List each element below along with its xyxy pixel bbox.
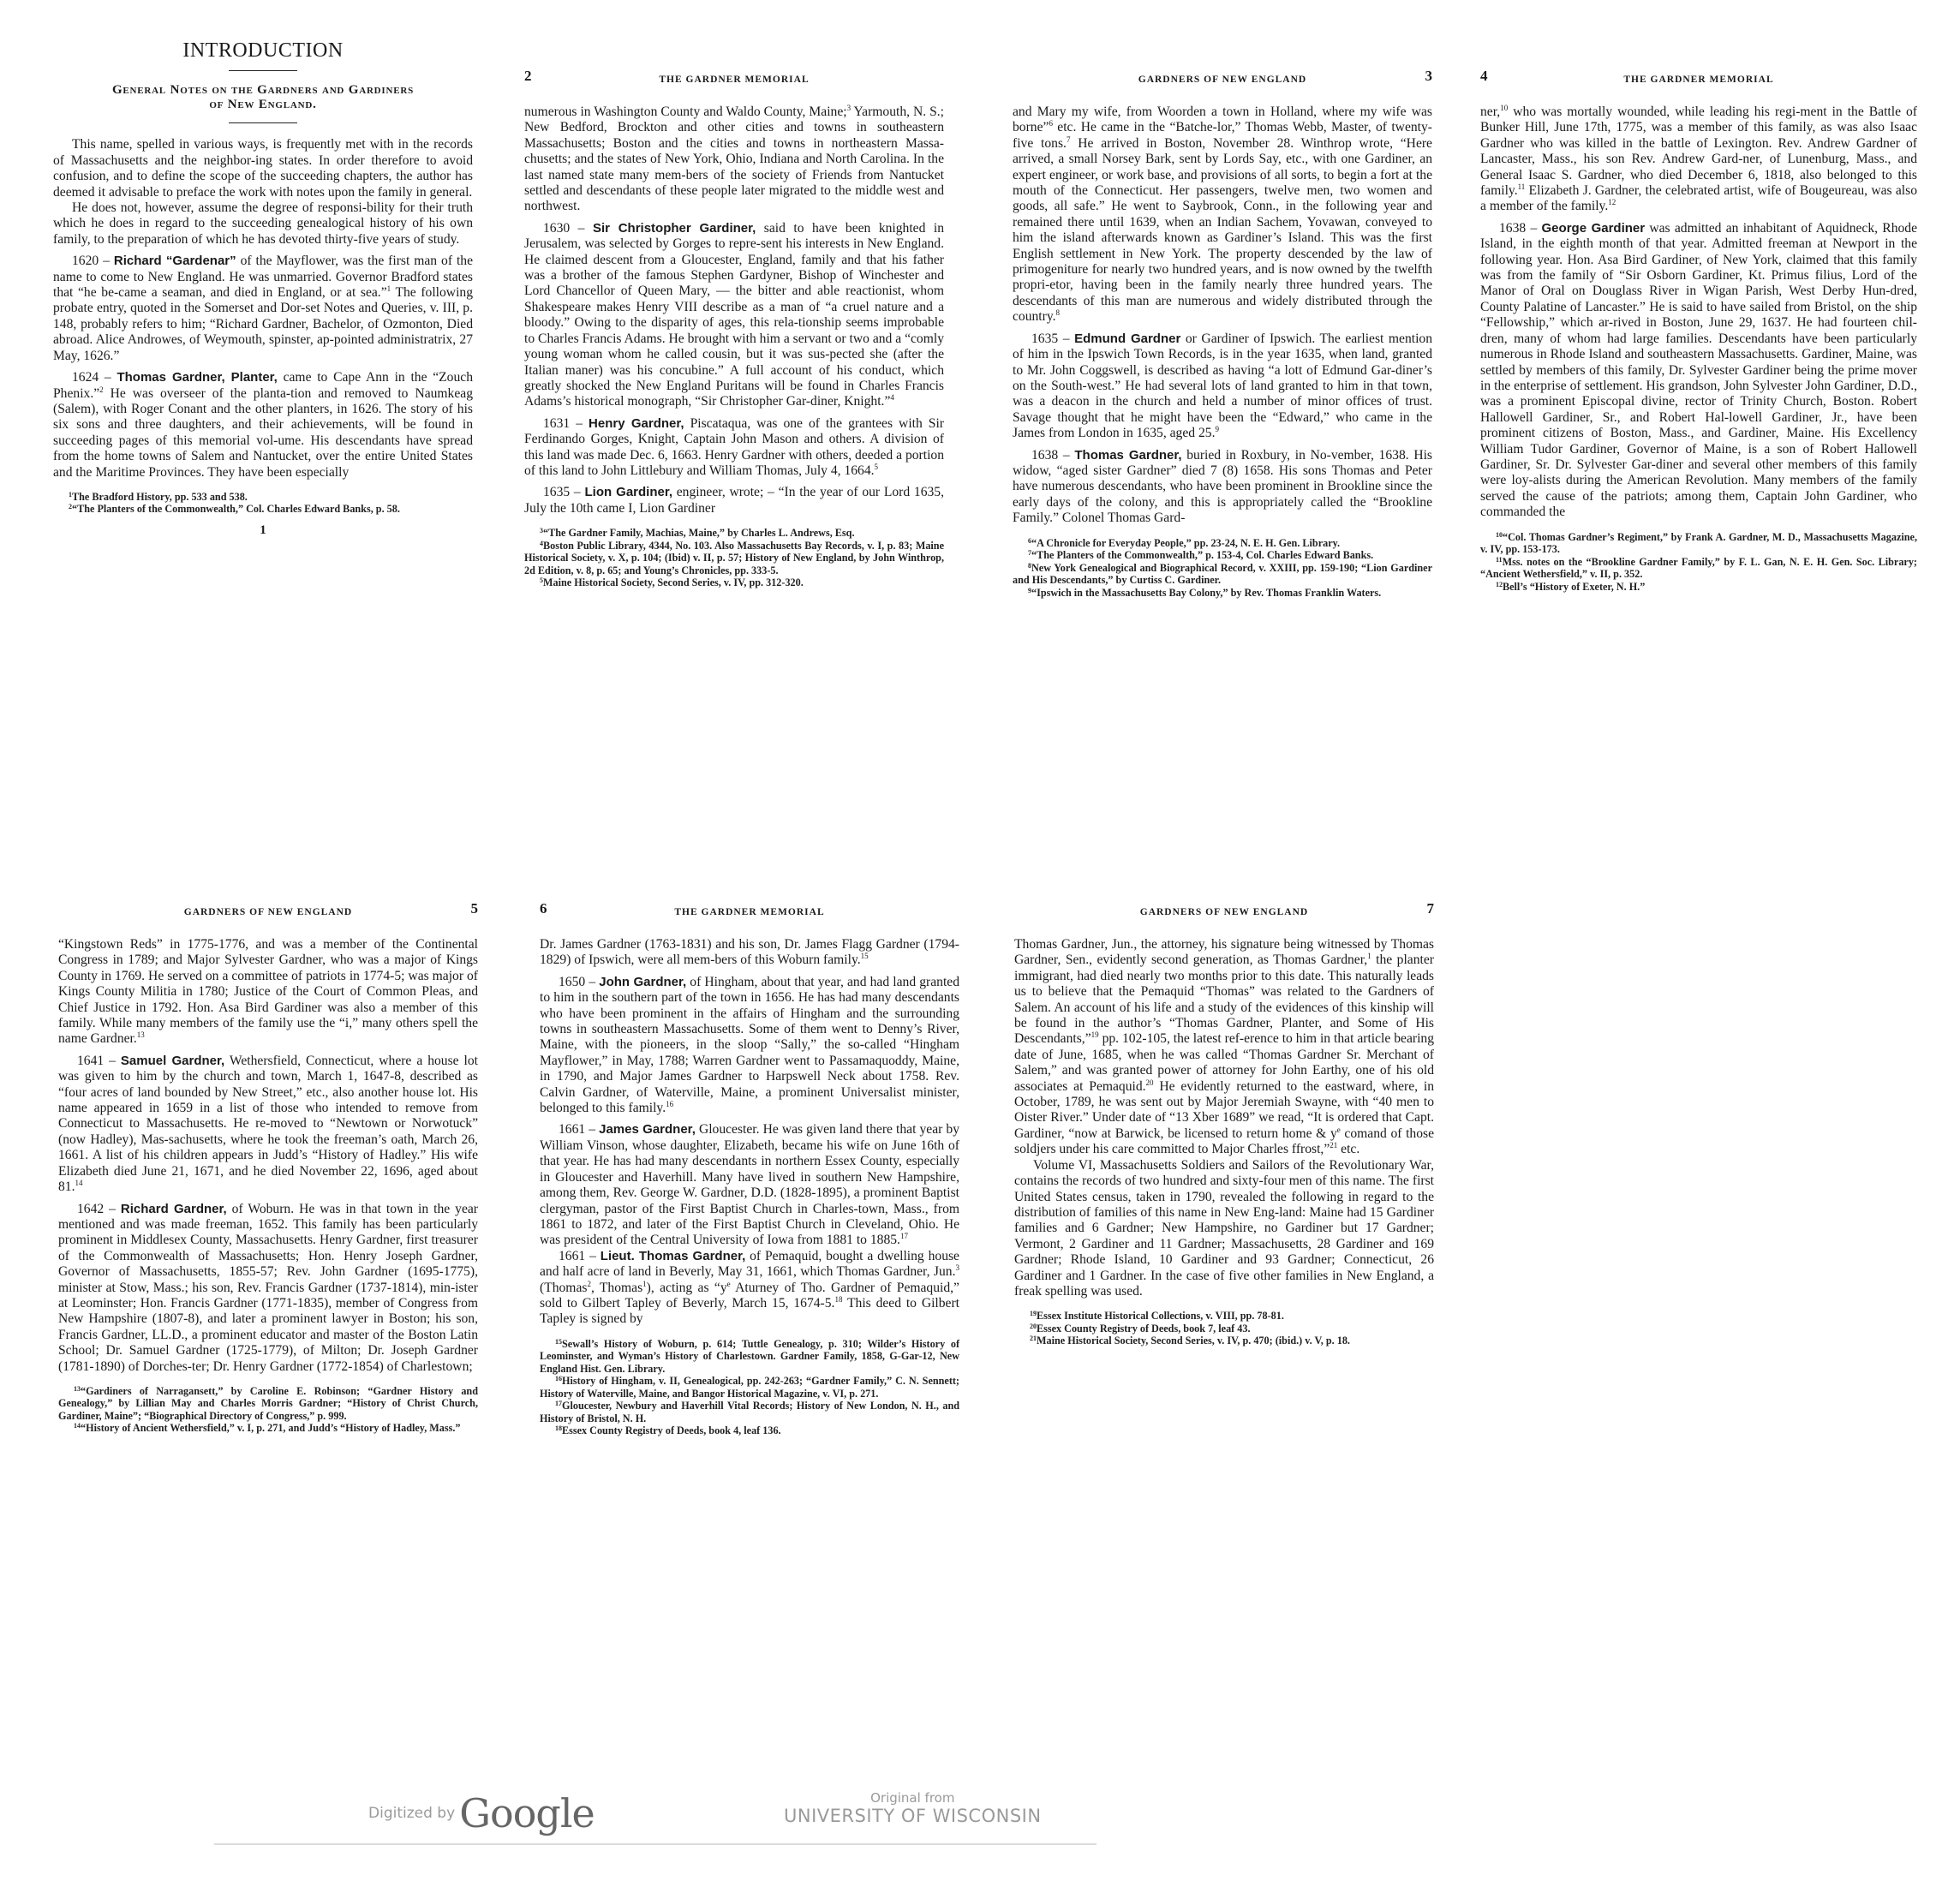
paragraph: ner,10 who was mortally wounded, while l… bbox=[1480, 104, 1917, 215]
footnote: 6“A Chronicle for Everyday People,” pp. … bbox=[1013, 537, 1432, 550]
footnote: 4Boston Public Library, 4344, No. 103. A… bbox=[524, 540, 944, 577]
paragraph: “Kingstown Reds” in 1775-1776, and was a… bbox=[58, 937, 478, 1048]
footnote-ref[interactable]: 13 bbox=[137, 1030, 145, 1039]
paragraph: Thomas Gardner, Jun., the attorney, his … bbox=[1014, 937, 1434, 1158]
footnote: 16History of Hingham, v. II, Genealogica… bbox=[540, 1375, 959, 1400]
footnotes: 13“Gardiners of Narragansett,” by Caroli… bbox=[58, 1385, 478, 1435]
footnote: 5Maine Historical Society, Second Series… bbox=[524, 576, 944, 589]
chapter-title: INTRODUCTION bbox=[53, 43, 473, 58]
footnote: 14“History of Ancient Wethersfield,” v. … bbox=[58, 1422, 478, 1435]
digitized-by-google: Digitized by Google bbox=[368, 1790, 595, 1836]
footnotes: 10“Col. Thomas Gardner’s Regiment,” by F… bbox=[1480, 531, 1917, 594]
footnotes: 3“The Gardner Family, Machias, Maine,” b… bbox=[524, 527, 944, 589]
running-title: Gardners of New England bbox=[1013, 72, 1432, 87]
footnote: 13“Gardiners of Narragansett,” by Caroli… bbox=[58, 1385, 478, 1423]
footer-divider bbox=[214, 1843, 1097, 1845]
footnote-ref[interactable]: 21 bbox=[1330, 1141, 1337, 1149]
digitization-footer: Digitized by Google Original from UNIVER… bbox=[214, 1782, 1097, 1850]
running-title: Gardners of New England bbox=[1014, 905, 1434, 920]
running-title: The Gardner Memorial bbox=[524, 72, 944, 87]
footnote-ref[interactable]: 17 bbox=[900, 1232, 908, 1240]
page-3: Gardners of New England 3 and Mary my wi… bbox=[1013, 69, 1432, 599]
footnote: 9“Ipswich in the Massachusetts Bay Colon… bbox=[1013, 587, 1432, 600]
page-7: Gardners of New England 7 Thomas Gardner… bbox=[1014, 901, 1434, 1347]
footnote: 15Sewall’s History of Woburn, p. 614; Tu… bbox=[540, 1338, 959, 1376]
page-5: Gardners of New England 5 “Kingstown Red… bbox=[58, 901, 478, 1435]
footnote: 17Gloucester, Newbury and Haverhill Vita… bbox=[540, 1400, 959, 1424]
entry-1638: 1638 – George Gardiner was admitted an i… bbox=[1480, 221, 1917, 521]
running-head: Gardners of New England 5 bbox=[58, 901, 478, 920]
footnote-ref[interactable]: 11 bbox=[1518, 182, 1526, 191]
paragraph: and Mary my wife, from Woorden a town in… bbox=[1013, 104, 1432, 325]
title-rule bbox=[229, 70, 297, 71]
footnote: 20Essex County Registry of Deeds, book 7… bbox=[1014, 1323, 1434, 1335]
paragraph: Volume VI, Massachusetts Soldiers and Sa… bbox=[1014, 1158, 1434, 1300]
entry-1631: 1631 – Henry Gardner, Piscataqua, was on… bbox=[524, 416, 944, 480]
paragraph: numerous in Washington County and Waldo … bbox=[524, 104, 944, 215]
entry-1620: 1620 – Richard “Gardenar” of the Mayflow… bbox=[53, 254, 473, 364]
entry-1638: 1638 – Thomas Gardner, buried in Roxbury… bbox=[1013, 448, 1432, 527]
footnote-ref[interactable]: 9 bbox=[1215, 425, 1219, 433]
footnote-ref[interactable]: 16 bbox=[666, 1100, 673, 1108]
google-logo-icon: Google bbox=[459, 1790, 595, 1836]
page-number: 1 bbox=[53, 522, 473, 538]
running-title: The Gardner Memorial bbox=[1480, 72, 1917, 87]
footnotes: 19Essex Institute Historical Collections… bbox=[1014, 1310, 1434, 1347]
page-2: 2 The Gardner Memorial numerous in Washi… bbox=[524, 69, 944, 589]
running-title: Gardners of New England bbox=[58, 905, 478, 920]
footnote: 11Mss. notes on the “Brookline Gardner F… bbox=[1480, 556, 1917, 581]
running-head: 4 The Gardner Memorial bbox=[1480, 69, 1917, 87]
footnote: 19Essex Institute Historical Collections… bbox=[1014, 1310, 1434, 1323]
footnote: 2“The Planters of the Commonwealth,” Col… bbox=[53, 503, 473, 516]
page-number: 7 bbox=[1427, 901, 1435, 917]
page-number: 3 bbox=[1425, 69, 1433, 84]
subtitle-rule bbox=[229, 122, 297, 123]
entry-1635: 1635 – Edmund Gardner or Gardiner of Ips… bbox=[1013, 331, 1432, 442]
footnote-ref[interactable]: 8 bbox=[1056, 308, 1061, 317]
running-title: The Gardner Memorial bbox=[540, 905, 959, 920]
page-4: 4 The Gardner Memorial ner,10 who was mo… bbox=[1480, 69, 1917, 593]
original-from: Original from UNIVERSITY OF WISCONSIN bbox=[784, 1790, 1042, 1826]
footnote-ref[interactable]: 15 bbox=[861, 952, 869, 960]
footnote: 12Bell’s “History of Exeter, N. H.” bbox=[1480, 581, 1917, 594]
footnote: 3“The Gardner Family, Machias, Maine,” b… bbox=[524, 527, 944, 540]
entry-1641: 1641 – Samuel Gardner, Wethersfield, Con… bbox=[58, 1054, 478, 1196]
page-1: INTRODUCTION General Notes on the Gardne… bbox=[53, 43, 473, 538]
running-head: 6 The Gardner Memorial bbox=[540, 901, 959, 920]
footnote-ref[interactable]: 14 bbox=[75, 1179, 83, 1187]
footnote-ref[interactable]: 4 bbox=[890, 393, 894, 402]
paragraph: He does not, however, assume the degree … bbox=[53, 200, 473, 248]
footnotes: 6“A Chronicle for Everyday People,” pp. … bbox=[1013, 537, 1432, 600]
footnote: 8New York Genealogical and Biographical … bbox=[1013, 562, 1432, 587]
footnotes: 1The Bradford History, pp. 533 and 538. … bbox=[53, 491, 473, 516]
footnote: 7“The Planters of the Commonwealth,” p. … bbox=[1013, 549, 1432, 562]
entry-1642: 1642 – Richard Gardner, of Woburn. He wa… bbox=[58, 1202, 478, 1375]
entry-1630: 1630 – Sir Christopher Gardiner, said to… bbox=[524, 221, 944, 410]
entry-1624: 1624 – Thomas Gardner, Planter, came to … bbox=[53, 370, 473, 481]
university-name: UNIVERSITY OF WISCONSIN bbox=[784, 1806, 1042, 1826]
running-head: Gardners of New England 7 bbox=[1014, 901, 1434, 920]
running-head: Gardners of New England 3 bbox=[1013, 69, 1432, 87]
paragraph: This name, spelled in various ways, is f… bbox=[53, 137, 473, 200]
footnote: 1The Bradford History, pp. 533 and 538. bbox=[53, 491, 473, 504]
entry-1661-james: 1661 – James Gardner, Gloucester. He was… bbox=[540, 1122, 959, 1248]
entry-1650: 1650 – John Gardner, of Hingham, about t… bbox=[540, 975, 959, 1117]
page-6: 6 The Gardner Memorial Dr. James Gardner… bbox=[540, 901, 959, 1437]
running-head: 2 The Gardner Memorial bbox=[524, 69, 944, 87]
footnote-ref[interactable]: 10 bbox=[1500, 104, 1508, 112]
entry-1635: 1635 – Lion Gardiner, engineer, wrote; –… bbox=[524, 485, 944, 517]
chapter-subtitle: General Notes on the Gardners and Gardin… bbox=[53, 83, 473, 112]
paragraph: Dr. James Gardner (1763-1831) and his so… bbox=[540, 937, 959, 969]
footnote: 10“Col. Thomas Gardner’s Regiment,” by F… bbox=[1480, 531, 1917, 556]
page-number: 5 bbox=[471, 901, 479, 917]
entry-1661-thomas: 1661 – Lieut. Thomas Gardner, of Pemaqui… bbox=[540, 1249, 959, 1328]
footnote-ref[interactable]: 19 bbox=[1091, 1030, 1099, 1039]
footnote: 18Essex County Registry of Deeds, book 4… bbox=[540, 1424, 959, 1437]
footnote: 21Maine Historical Society, Second Serie… bbox=[1014, 1335, 1434, 1347]
footnote-ref[interactable]: 20 bbox=[1146, 1078, 1154, 1087]
footnote-ref[interactable]: 5 bbox=[875, 463, 879, 471]
footnote-ref[interactable]: 12 bbox=[1608, 198, 1616, 206]
footnotes: 15Sewall’s History of Woburn, p. 614; Tu… bbox=[540, 1338, 959, 1437]
